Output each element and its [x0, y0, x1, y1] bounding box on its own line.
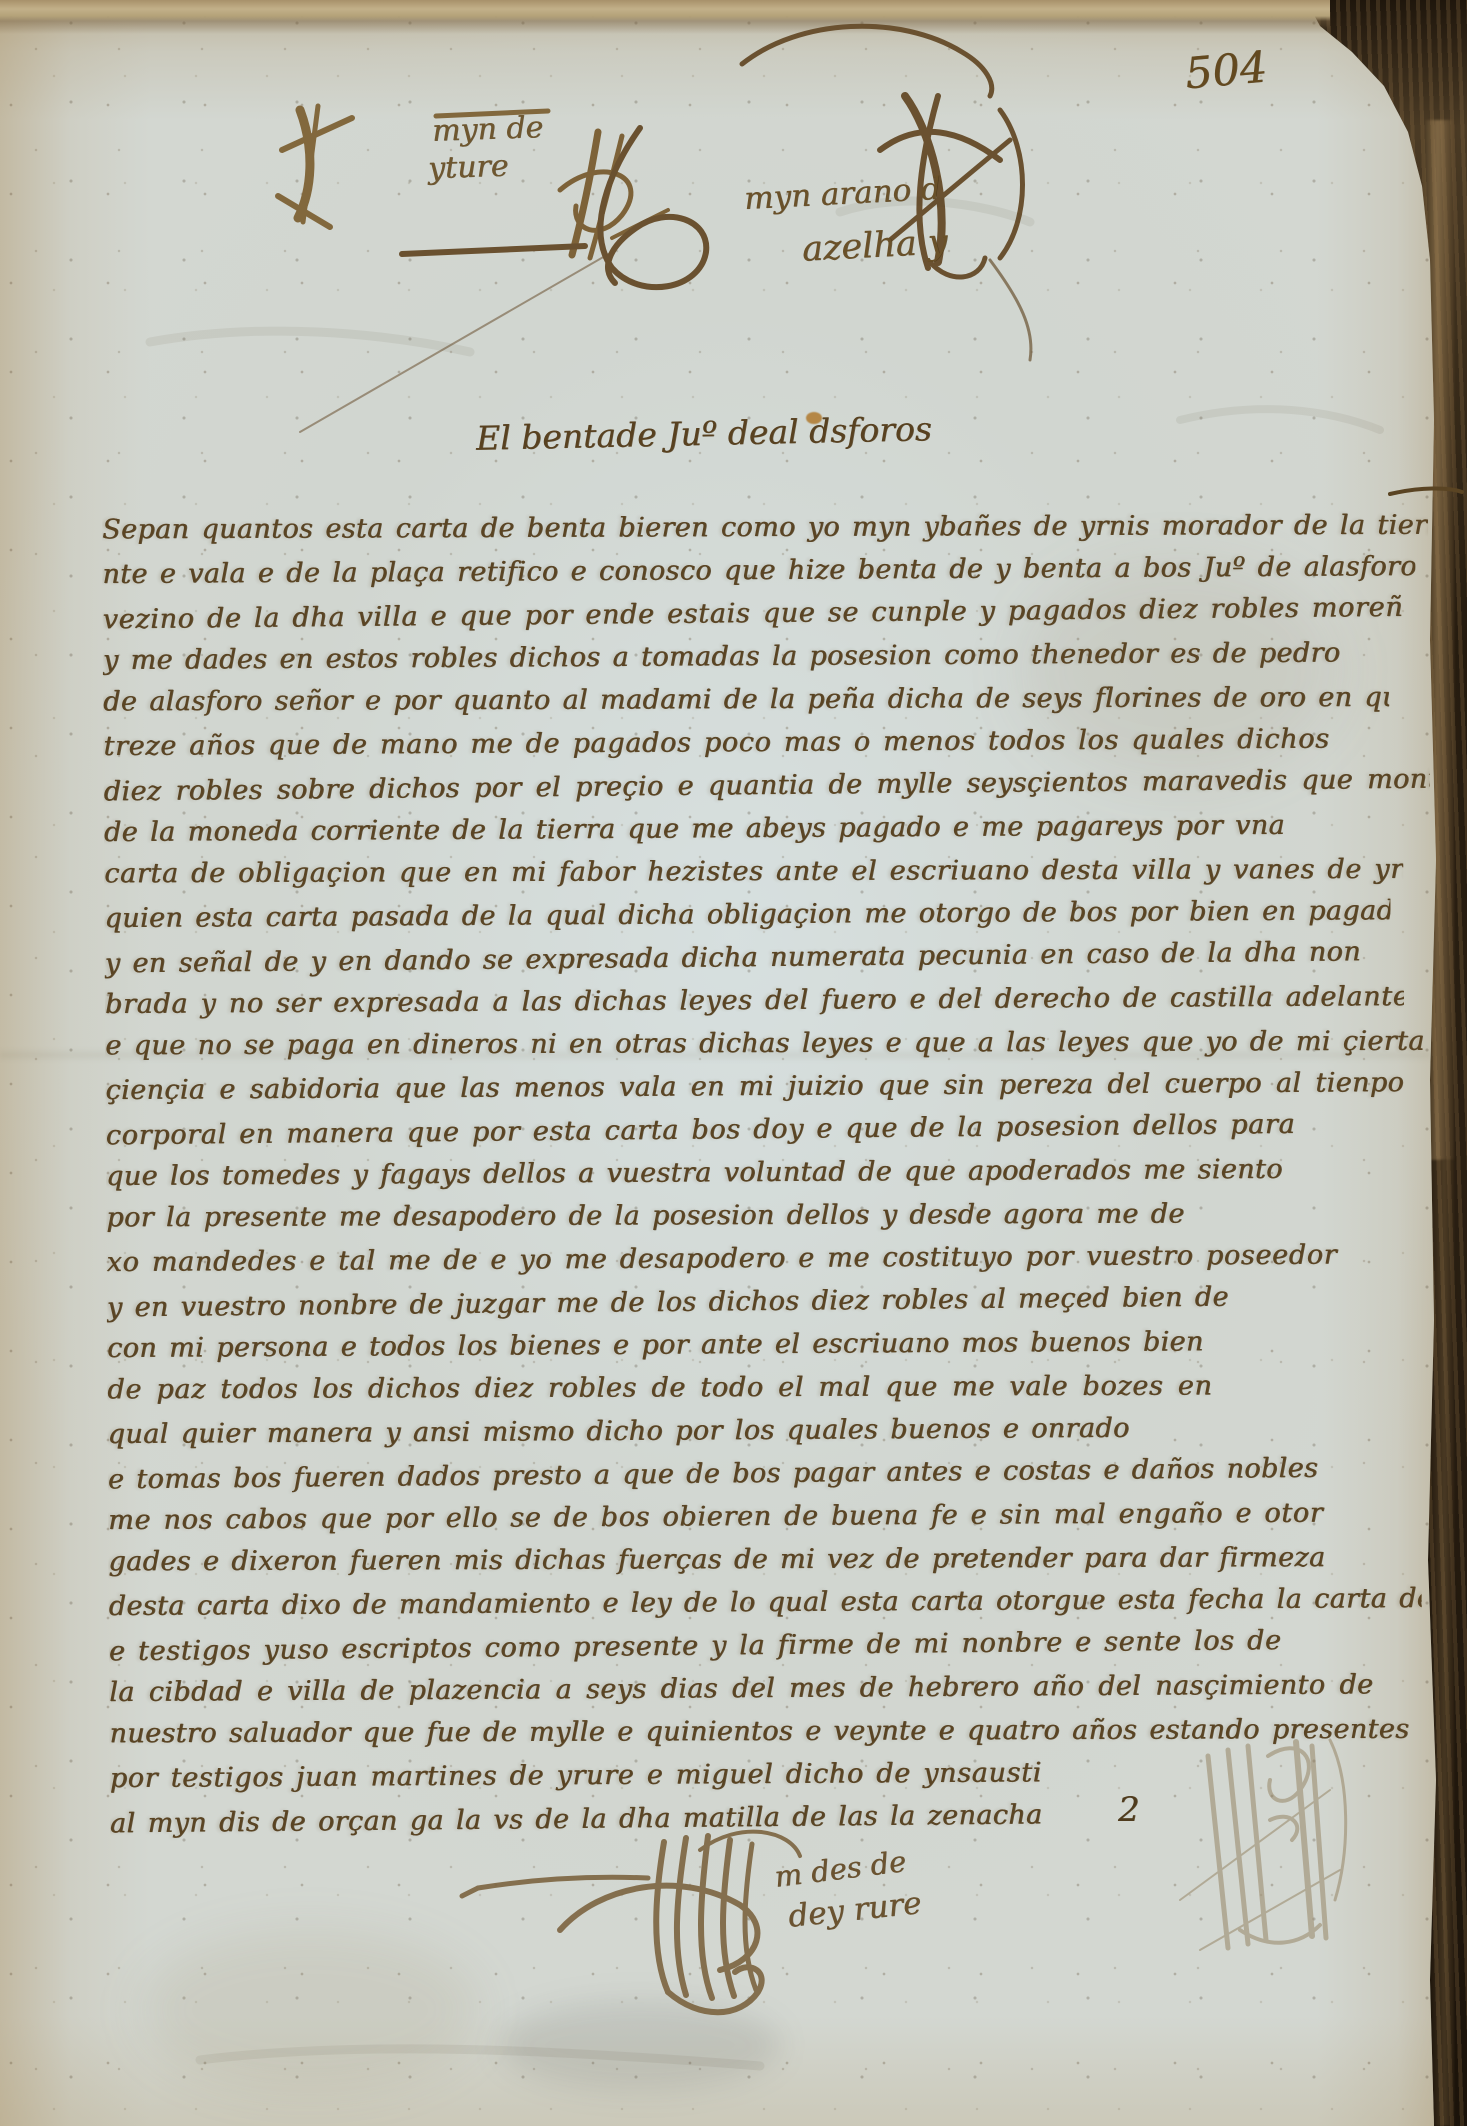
manuscript-line: por la presente me desapodero de la pose… — [106, 1192, 1432, 1240]
header-scribe-name-line2: azelha y — [801, 222, 948, 270]
manuscript-line: nuestro saluador que fue de mylle e quin… — [109, 1708, 1435, 1756]
smudge-stain — [500, 2000, 780, 2090]
manuscript-line: carta de obligaçion que en mi fabor hezi… — [104, 848, 1404, 896]
manuscript-line: gades e dixeron fueren mis dichas fuerça… — [108, 1536, 1394, 1583]
damp-stain — [140, 1930, 480, 2090]
margin-scribe-name-line1: myn de — [431, 110, 543, 149]
manuscript-line: Sepan quantos esta carta de benta bieren… — [102, 504, 1428, 552]
manuscript-line: de paz todos los dichos diez robles de t… — [107, 1364, 1407, 1412]
paper-top-edge — [0, 0, 1330, 34]
manuscript-body: Sepan quantos esta carta de benta bieren… — [102, 502, 1436, 1843]
manuscript-line: e que no se paga en dineros ni en otras … — [105, 1020, 1431, 1068]
page-mark: 2 — [1118, 1790, 1140, 1830]
manuscript-scan: 504 myn de yture myn arano d azelha y El… — [0, 0, 1467, 2126]
folio-number: 504 — [1183, 43, 1269, 100]
manuscript-line: de alasforo señor e por quanto al madami… — [103, 676, 1389, 723]
margin-scribe-name-line2: yture — [427, 149, 509, 187]
